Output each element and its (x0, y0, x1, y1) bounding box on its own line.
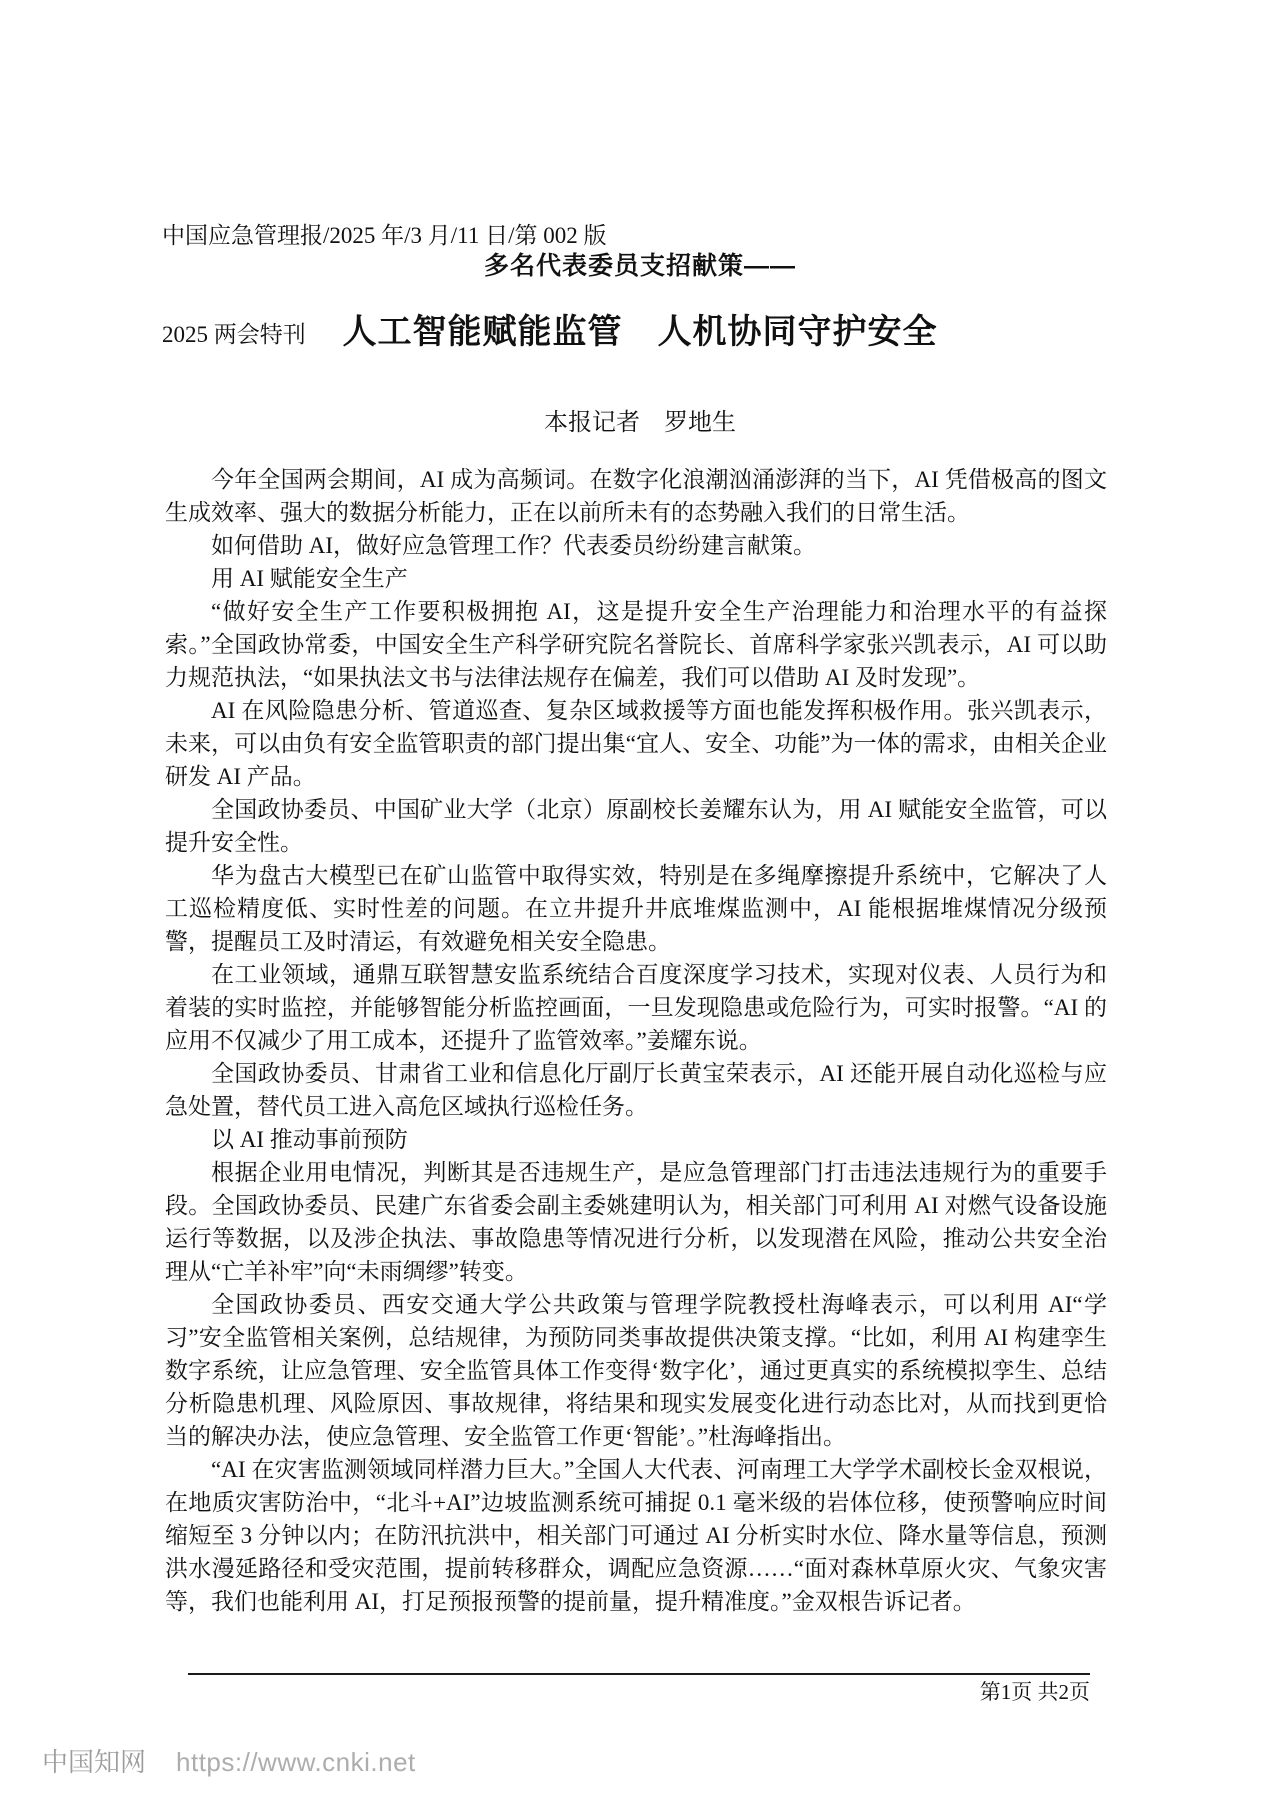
article-paragraph: AI 在风险隐患分析、管道巡查、复杂区域救援等方面也能发挥积极作用。张兴凯表示，… (165, 694, 1107, 793)
article-byline: 本报记者 罗地生 (165, 407, 1115, 439)
footer-divider (188, 1673, 1090, 1675)
article-paragraph: 如何借助 AI，做好应急管理工作？代表委员纷纷建言献策。 (165, 529, 1107, 562)
section-heading: 以 AI 推动事前预防 (165, 1123, 1107, 1156)
article-paragraph: 今年全国两会期间，AI 成为高频词。在数字化浪潮汹涌澎湃的当下，AI 凭借极高的… (165, 463, 1107, 529)
document-page: 中国应急管理报/2025 年/3 月/11 日/第 002 版 2025 两会特… (0, 0, 1280, 1809)
cnki-site-name: 中国知网 (42, 1742, 146, 1779)
article-paragraph: 全国政协委员、甘肃省工业和信息化厅副厅长黄宝荣表示，AI 还能开展自动化巡检与应… (165, 1057, 1107, 1123)
article-body: 今年全国两会期间，AI 成为高频词。在数字化浪潮汹涌澎湃的当下，AI 凭借极高的… (165, 463, 1107, 1618)
cnki-site-url[interactable]: https://www.cnki.net (176, 1747, 416, 1778)
page-indicator: 第1页 共2页 (790, 1678, 1090, 1706)
source-line: 中国应急管理报/2025 年/3 月/11 日/第 002 版 (162, 219, 606, 252)
document-source-header: 中国应急管理报/2025 年/3 月/11 日/第 002 版 2025 两会特… (162, 153, 606, 417)
article-paragraph: 全国政协委员、中国矿业大学（北京）原副校长姜耀东认为，用 AI 赋能安全监管，可… (165, 793, 1107, 859)
cnki-watermark: 中国知网 https://www.cnki.net (42, 1742, 416, 1779)
article-paragraph: 华为盘古大模型已在矿山监管中取得实效，特别是在多绳摩擦提升系统中，它解决了人工巡… (165, 859, 1107, 958)
article-paragraph: “AI 在灾害监测领域同样潜力巨大。”全国人大代表、河南理工大学学术副校长金双根… (165, 1453, 1107, 1618)
article-paragraph: 在工业领域，通鼎互联智慧安监系统结合百度深度学习技术，实现对仪表、人员行为和着装… (165, 958, 1107, 1057)
article-paragraph: 全国政协委员、西安交通大学公共政策与管理学院教授杜海峰表示，可以利用 AI“学习… (165, 1288, 1107, 1453)
article-kicker: 多名代表委员支招献策—— (165, 250, 1115, 283)
article-paragraph: 根据企业用电情况，判断其是否违规生产，是应急管理部门打击违法违规行为的重要手段。… (165, 1156, 1107, 1288)
article-title: 人工智能赋能监管 人机协同守护安全 (165, 313, 1115, 353)
article-paragraph: “做好安全生产工作要积极拥抱 AI，这是提升安全生产治理能力和治理水平的有益探索… (165, 595, 1107, 694)
section-heading: 用 AI 赋能安全生产 (165, 562, 1107, 595)
